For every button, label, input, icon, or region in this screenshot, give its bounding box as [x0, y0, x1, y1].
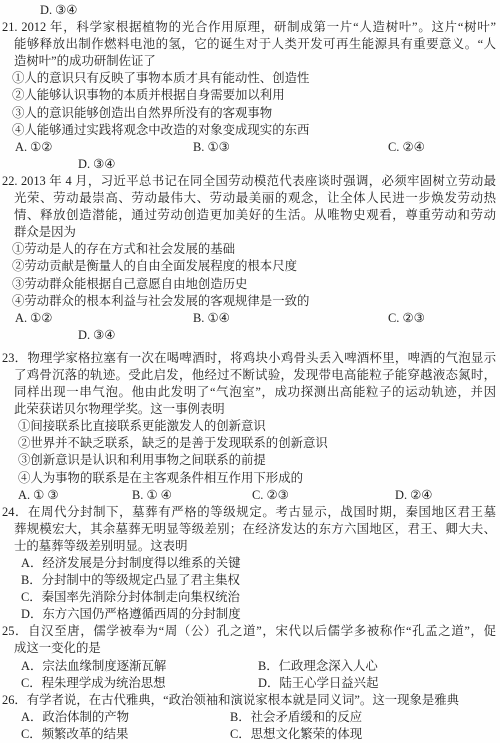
q23-stem-line-3: 同样出现一串气泡。他由此发明了“气泡室”，成功探测出高能粒子的运动轨迹，并因	[0, 384, 500, 401]
q21-stem-line-2: 能够释放出制作燃料电池的氢，它的诞生对于人类开发可再生能源具有重要意义。“人	[0, 36, 500, 53]
q22-item-2: ②劳动贡献是衡量人的自由全面发展程度的根本尺度	[0, 258, 500, 275]
q25-option-c: C．程朱理学成为统治思想	[21, 675, 166, 692]
q22-option-a: A. ①②	[15, 310, 52, 327]
q21-option-d-row: D. ③④	[0, 156, 500, 173]
q23-item-3: ③创新意识是认识和利用事物之间联系的前提	[0, 452, 500, 469]
q25-stem-line-2: 成这一变化的是	[0, 640, 500, 657]
q23-options-row: A. ① ③ B. ① ④ C. ②③ D. ②④	[0, 487, 500, 504]
q21-item-4: ④人能够通过实践将观念中改造的对象变成现实的东西	[0, 122, 500, 139]
q25-options-row-2: C．程朱理学成为统治思想 D．陆王心学日益兴起	[0, 675, 500, 692]
q26-option-a: A．政治体制的产物	[21, 709, 129, 726]
q25-options-row-1: A．宗法血缘制度逐渐瓦解 B．仁政理念深入人心	[0, 658, 500, 675]
q21-item-2: ②人能够认识事物的本质并根据自身需要加以利用	[0, 87, 500, 104]
q22-item-4: ④劳动群众的根本利益与社会发展的客观规律是一致的	[0, 293, 500, 310]
q22-item-3: ③劳动群众能根据自己意愿自由地创造历史	[0, 276, 500, 293]
q26-stem-line-1: 26．有学者说，在古代雅典，“政治领袖和演说家根本就是同义词”。这一现象是雅典	[0, 692, 500, 709]
q25-stem-line-1: 25．自汉至唐，儒学被奉为“周（公）孔之道”，宋代以后儒学多被称作“孔孟之道”，…	[0, 623, 500, 640]
q25-option-a: A．宗法血缘制度逐渐瓦解	[21, 658, 166, 675]
q24-stem-line-1: 24．在周代分封制下，墓葬有严格的等级规定。考古显示，战国时期，秦国地区君王墓	[0, 504, 500, 521]
q22-stem-line-1: 22. 2013 年 4 月，习近平总书记在同全国劳动模范代表座谈时强调，必须牢…	[0, 173, 500, 190]
q22-option-d: D. ③④	[78, 327, 115, 344]
q24-option-c: C．秦国率先消除分封体制走向集权统治	[0, 589, 500, 606]
q24-option-b: B．分封制中的等级规定凸显了君主集权	[0, 572, 500, 589]
q22-option-c: C. ②③	[388, 310, 425, 327]
q26-options-row-2: C．频繁改革的结果 C．思想文化繁荣的体现	[0, 726, 500, 743]
q25-option-b: B．仁政理念深入人心	[258, 658, 378, 675]
q22-item-1: ①劳动是人的存在方式和社会发展的基础	[0, 241, 500, 258]
q23-stem-line-1: 23．物理学家格拉塞有一次在喝啤酒时，将鸡块小鸡骨头丢入啤酒杯里，啤酒的气泡显示	[0, 350, 500, 367]
q23-stem-line-4: 此荣获诺贝尔物理学奖。这一事例表明	[0, 401, 500, 418]
q22-options-row: A. ①② B. ①④ C. ②③	[0, 310, 500, 327]
q21-stem-line-3: 造树叶”的成功研制佐证了	[0, 53, 500, 70]
q21-item-3: ③人的意识能够创造出自然界所没有的客观事物	[0, 105, 500, 122]
q25-option-d: D．陆王心学日益兴起	[258, 675, 378, 692]
q23-option-d: D. ②④	[395, 487, 432, 504]
q21-option-b: B. ①③	[193, 139, 230, 156]
q26-option-b: B．社会矛盾缓和的反应	[230, 709, 362, 726]
q23-item-1: ①间接联系比直接联系更能激发人的创新意识	[0, 418, 500, 435]
q26-option-c2: C．思想文化繁荣的体现	[230, 726, 362, 743]
q21-option-d: D. ③④	[78, 156, 115, 173]
q23-option-c: C. ②③	[252, 487, 289, 504]
q23-stem-line-2: 了鸡骨沉落的轨迹。受此启发，他经过不断试验，发现带电高能粒子能穿越液态氮时，	[0, 367, 500, 384]
q23-item-4: ④人为事物的联系是在主客观条件相互作用下形成的	[0, 470, 500, 487]
q22-stem-line-4: 群众是因为	[0, 224, 500, 241]
q26-option-c1: C．频繁改革的结果	[21, 726, 128, 743]
q21-options-row: A. ①② B. ①③ C. ②④	[0, 139, 500, 156]
q24-option-d: D．东方六国仍严格遵循西周的分封制度	[0, 606, 500, 623]
q21-item-1: ①人的意识只有反映了事物本质才具有能动性、创造性	[0, 70, 500, 87]
q24-option-a: A．经济发展是分封制度得以维系的关键	[0, 555, 500, 572]
q23-item-2: ②世界并不缺乏联系，缺乏的是善于发现联系的创新意识	[0, 435, 500, 452]
q21-option-c: C. ②④	[388, 139, 425, 156]
q22-stem-line-3: 情、释放创造潜能，通过劳动创造更加美好的生活。从唯物史观看，尊重劳动和劳动	[0, 207, 500, 224]
q23-option-a: A. ① ③	[18, 487, 58, 504]
q21-option-a: A. ①②	[15, 139, 52, 156]
q21-stem-line-1: 21. 2012 年，科学家根据植物的光合作用原理，研制成第一片“人造树叶”。这…	[0, 19, 500, 36]
q24-stem-line-2: 葬规模宏大，其余墓葬无明显等级差别；在经济发达的东方六国地区，君王、卿大夫、	[0, 521, 500, 538]
exam-page: D. ③④ 21. 2012 年，科学家根据植物的光合作用原理，研制成第一片“人…	[0, 0, 500, 743]
q20-option-d: D. ③④	[0, 2, 500, 19]
q24-stem-line-3: 士的墓葬等级差别明显。这表明	[0, 538, 500, 555]
q22-option-b: B. ①④	[193, 310, 230, 327]
q23-option-b: B. ① ④	[132, 487, 172, 504]
q22-stem-line-2: 光荣、劳动最崇高、劳动最伟大、劳动最美丽的观念，让全体人民进一步焕发劳动热	[0, 190, 500, 207]
q22-option-d-row: D. ③④	[0, 327, 500, 344]
q26-options-row-1: A．政治体制的产物 B．社会矛盾缓和的反应	[0, 709, 500, 726]
